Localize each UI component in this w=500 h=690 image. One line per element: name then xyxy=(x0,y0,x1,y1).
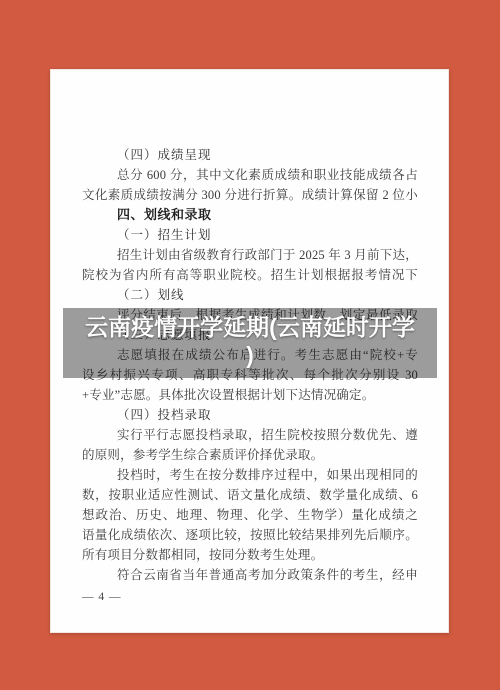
document-line: 投档时，考生在按分数排序过程中，如果出现相同的投档分 xyxy=(82,465,418,485)
title-overlay-banner: 云南疫情开学延期(云南延时开学 ) xyxy=(63,308,437,378)
document-line: 总分 600 分，其中文化素质成绩和职业技能成绩各占 50%， xyxy=(82,165,418,185)
document-line: 四、划线和录取 xyxy=(82,205,418,225)
document-line: （一）招生计划 xyxy=(82,225,418,245)
screenshot-root: { "colors": { "background_red": "#d15a40… xyxy=(0,0,500,690)
document-line: +专业”志愿。具体批次设置根据计划下达情况确定。 xyxy=(82,385,418,405)
document-line: 的原则，参考学生综合素质评价择优录取。 xyxy=(82,445,418,465)
document-line: 文化素质成绩按满分 300 分进行折算。成绩计算保留 2 位小数。 xyxy=(82,185,418,205)
document-line: 想政治、历史、地理、物理、化学、生物学）量化成绩之和、外 xyxy=(82,505,418,525)
document-line: 招生计划由省级教育行政部门于 2025 年 3 月前下达，招生 xyxy=(82,245,418,265)
document-line: 符合云南省当年普通高考加分政策条件的考生，经申请、审 xyxy=(82,565,418,585)
article-image-background: （四）成绩呈现总分 600 分，其中文化素质成绩和职业技能成绩各占 50%，文化… xyxy=(0,0,500,690)
overlay-title-line1: 云南疫情开学延期(云南延时开学 xyxy=(85,313,415,341)
document-line: 所有项目分数都相同，按同分数考生处理。 xyxy=(82,545,418,565)
document-line: 数，按职业适应性测试、语文量化成绩、数学量化成绩、6 科（思 xyxy=(82,485,418,505)
document-line: （四）成绩呈现 xyxy=(82,145,418,165)
overlay-title-line2: ) xyxy=(246,341,254,369)
document-line: 实行平行志愿投档录取，招生院校按照分数优先、遵循志愿 xyxy=(82,425,418,445)
document-line: 院校为省内所有高等职业院校。招生计划根据报考情况下达。 xyxy=(82,265,418,285)
page-number: — 4 — xyxy=(82,587,122,607)
document-line: （四）投档录取 xyxy=(82,405,418,425)
document-line: （二）划线 xyxy=(82,285,418,305)
document-line: 语量化成绩依次、逐项比较，按照比较结果排列先后顺序。如果 xyxy=(82,525,418,545)
